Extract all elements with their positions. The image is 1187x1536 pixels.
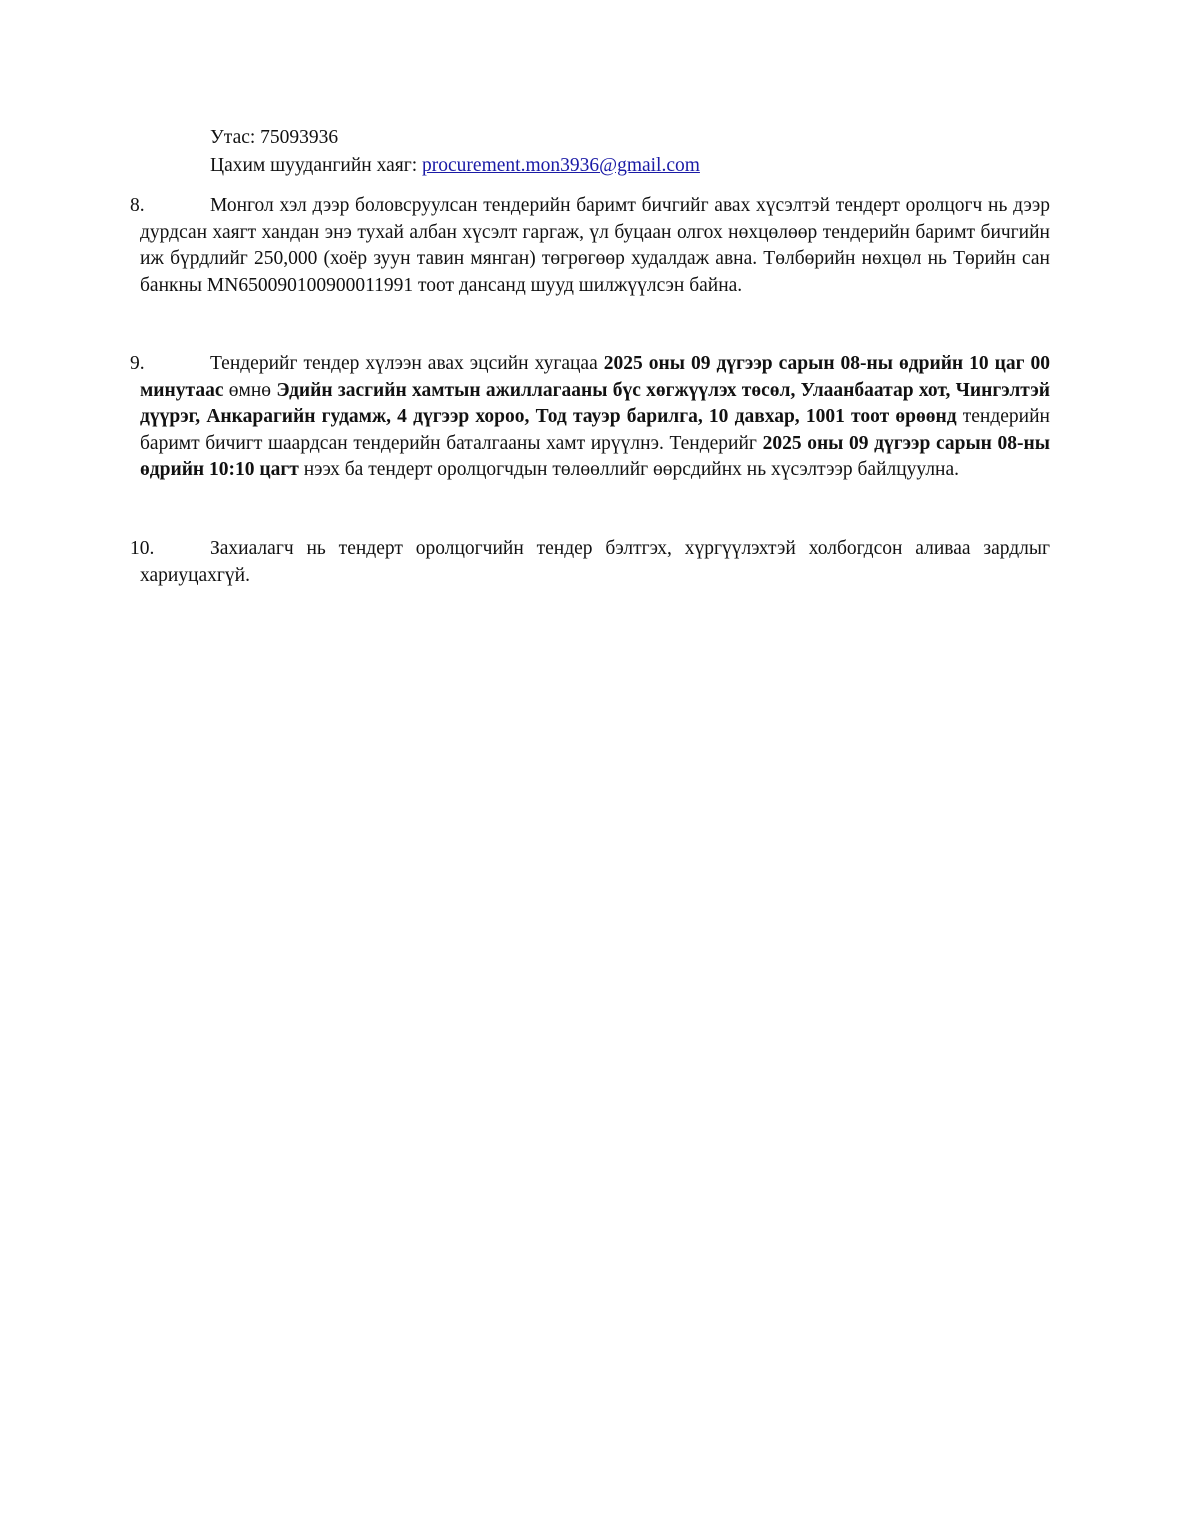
clause-text: Захиалагч нь тендерт оролцогчийн тендер … xyxy=(140,536,1050,589)
address-bold: Эдийн засгийн хамтын ажиллагааны бүс хөг… xyxy=(140,380,1050,428)
phone-number: 75093936 xyxy=(260,127,338,148)
email-line: Цахим шуудангийн хаяг: procurement.mon39… xyxy=(210,152,700,180)
clause-9: 9. Тендерийг тендер хүлээн авах эцсийн х… xyxy=(140,351,1050,484)
clause-number: 10. xyxy=(130,536,154,563)
text-run: нээх ба тендерт оролцогчдын төлөөллийг ө… xyxy=(299,459,959,480)
text-run: өмнө xyxy=(223,380,276,401)
clause-text: Тендерийг тендер хүлээн авах эцсийн хуга… xyxy=(140,351,1050,484)
phone-label: Утас: xyxy=(210,127,260,148)
clause-text: Монгол хэл дээр боловсруулсан тендерийн … xyxy=(140,193,1050,299)
contact-block: Утас: 75093936 Цахим шуудангийн хаяг: pr… xyxy=(210,124,700,180)
clause-10: 10. Захиалагч нь тендерт оролцогчийн тен… xyxy=(140,536,1050,589)
clause-number: 9. xyxy=(130,351,145,378)
email-link[interactable]: procurement.mon3936@gmail.com xyxy=(422,155,700,176)
phone-line: Утас: 75093936 xyxy=(210,124,700,152)
clause-number: 8. xyxy=(130,193,145,220)
document-page: Утас: 75093936 Цахим шуудангийн хаяг: pr… xyxy=(0,0,1187,1536)
clause-8: 8. Монгол хэл дээр боловсруулсан тендери… xyxy=(140,193,1050,299)
text-run: Тендерийг тендер хүлээн авах эцсийн хуга… xyxy=(210,353,604,374)
email-label: Цахим шуудангийн хаяг: xyxy=(210,155,422,176)
